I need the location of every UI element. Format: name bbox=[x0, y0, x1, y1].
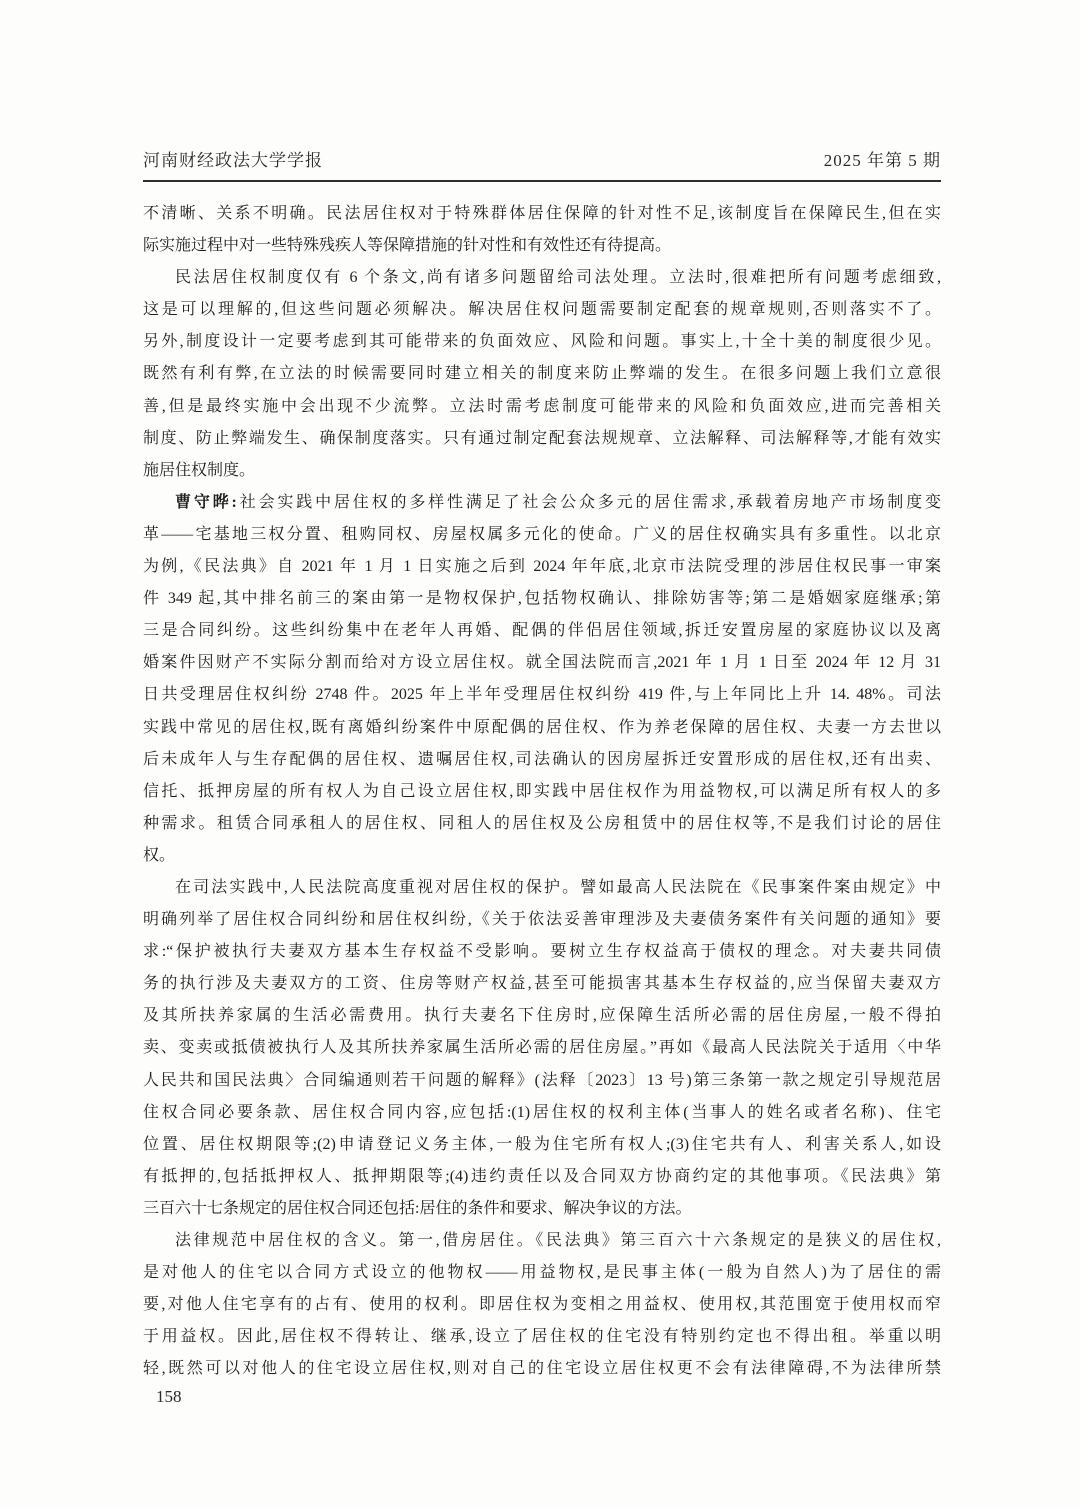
article-body: 不清晰、关系不明确。民法居住权对于特殊群体居住保障的针对性不足,该制度旨在保障民… bbox=[143, 198, 941, 1385]
text-line: 施居住权制度。 bbox=[143, 455, 941, 487]
text-line: 件 349 起,其中排名前三的案由第一是物权保护,包括物权确认、排除妨害等;第二… bbox=[143, 583, 941, 615]
text-line: 权。 bbox=[143, 840, 941, 872]
paragraph: 民法居住权制度仅有 6 个条文,尚有诸多问题留给司法处理。立法时,很难把所有问题… bbox=[143, 262, 941, 487]
text-line: 及其所扶养家属的生活必需费用。执行夫妻名下住房时,应保障生活所必需的居住房屋,一… bbox=[143, 1000, 941, 1032]
text-line: 明确列举了居住权合同纠纷和居住权纠纷,《关于依法妥善审理涉及夫妻债务案件有关问题… bbox=[143, 904, 941, 936]
paragraph: 在司法实践中,人民法院高度重视对居住权的保护。譬如最高人民法院在《民事案件案由规… bbox=[143, 872, 941, 1225]
text-line: 人民共和国民法典〉合同编通则若干问题的解释》(法释〔2023〕13 号)第三条第… bbox=[143, 1065, 941, 1097]
text-line: 轻,既然可以对他人的住宅设立居住权,则对自己的住宅设立居住权更不会有法律障碍,不… bbox=[143, 1353, 941, 1385]
speaker-name: 曹守晔: bbox=[175, 494, 237, 511]
text-line: 为例,《民法典》自 2021 年 1 月 1 日实施之后到 2024 年年底,北… bbox=[143, 551, 941, 583]
text-line: 革——宅基地三权分置、租购同权、房屋权属多元化的使命。广义的居住权确实具有多重性… bbox=[143, 519, 941, 551]
page-number: 158 bbox=[156, 1387, 182, 1406]
issue-label: 2025 年第 5 期 bbox=[824, 146, 941, 171]
text-line: 于用益权。因此,居住权不得转让、继承,设立了居住权的住宅没有特别约定也不得出租。… bbox=[143, 1321, 941, 1353]
text-line: 日共受理居住权纠纷 2748 件。2025 年上半年受理居住权纠纷 419 件,… bbox=[143, 679, 941, 711]
text-line: 三是合同纠纷。这些纠纷集中在老年人再婚、配偶的伴侣居住领域,拆迁安置房屋的家庭协… bbox=[143, 615, 941, 647]
text-line: 际实施过程中对一些特殊残疾人等保障措施的针对性和有效性还有待提高。 bbox=[143, 230, 941, 262]
page-footer: 158 bbox=[156, 1387, 182, 1407]
text-line: 后未成年人与生存配偶的居住权、遗嘱居住权,司法确认的因房屋拆迁安置形成的居住权,… bbox=[143, 744, 941, 776]
header-rule bbox=[143, 180, 941, 182]
text-line: 信托、抵押房屋的所有权人为自己设立居住权,即实践中居住权作为用益物权,可以满足所… bbox=[143, 776, 941, 808]
text-line: 三百六十七条规定的居住权合同还包括:居住的条件和要求、解决争议的方法。 bbox=[143, 1193, 941, 1225]
journal-name: 河南财经政法大学学报 bbox=[143, 146, 323, 171]
text-line: 善,但是最终实施中会出现不少流弊。立法时需考虑制度可能带来的风险和负面效应,进而… bbox=[143, 391, 941, 423]
paragraph: 不清晰、关系不明确。民法居住权对于特殊群体居住保障的针对性不足,该制度旨在保障民… bbox=[143, 198, 941, 262]
text-line: 种需求。租赁合同承租人的居住权、同租人的居住权及公房租赁中的居住权等,不是我们讨… bbox=[143, 808, 941, 840]
text-line: 卖、变卖或抵债被执行人及其所扶养家属生活所必需的居住房屋。”再如《最高人民法院关… bbox=[143, 1032, 941, 1064]
text-line: 要,对他人住宅享有的占有、使用的权利。即居住权为变相之用益权、使用权,其范围宽于… bbox=[143, 1289, 941, 1321]
text-line: 务的执行涉及夫妻双方的工资、住房等财产权益,甚至可能损害其基本生存权益的,应当保… bbox=[143, 968, 941, 1000]
paragraph: 曹守晔:社会实践中居住权的多样性满足了社会公众多元的居住需求,承载着房地产市场制… bbox=[143, 487, 941, 872]
text-line: 既然有利有弊,在立法的时候需要同时建立相关的制度来防止弊端的发生。在很多问题上我… bbox=[143, 358, 941, 390]
text-line: 不清晰、关系不明确。民法居住权对于特殊群体居住保障的针对性不足,该制度旨在保障民… bbox=[143, 198, 941, 230]
text-line: 制度、防止弊端发生、确保制度落实。只有通过制定配套法规规章、立法解释、司法解释等… bbox=[143, 423, 941, 455]
text-line: 曹守晔:社会实践中居住权的多样性满足了社会公众多元的居住需求,承载着房地产市场制… bbox=[143, 487, 941, 519]
text-line: 位置、居住权期限等;(2)申请登记义务主体,一般为住宅所有权人;(3)住宅共有人… bbox=[143, 1129, 941, 1161]
page-header: 河南财经政法大学学报 2025 年第 5 期 bbox=[143, 146, 941, 171]
text-line: 民法居住权制度仅有 6 个条文,尚有诸多问题留给司法处理。立法时,很难把所有问题… bbox=[143, 262, 941, 294]
text-line: 求:“保护被执行夫妻双方基本生存权益不受影响。要树立生存权益高于债权的理念。对夫… bbox=[143, 936, 941, 968]
text-line: 有抵押的,包括抵押权人、抵押期限等;(4)违约责任以及合同双方协商约定的其他事项… bbox=[143, 1161, 941, 1193]
paragraph: 法律规范中居住权的含义。第一,借房居住。《民法典》第三百六十六条规定的是狭义的居… bbox=[143, 1225, 941, 1385]
text-line: 是对他人的住宅以合同方式设立的他物权——用益物权,是民事主体(一般为自然人)为了… bbox=[143, 1257, 941, 1289]
text-line: 实践中常见的居住权,既有离婚纠纷案件中原配偶的居住权、作为养老保障的居住权、夫妻… bbox=[143, 712, 941, 744]
text-line: 另外,制度设计一定要考虑到其可能带来的负面效应、风险和问题。事实上,十全十美的制… bbox=[143, 326, 941, 358]
text-line: 住权合同必要条款、居住权合同内容,应包括:(1)居住权的权利主体(当事人的姓名或… bbox=[143, 1097, 941, 1129]
text-line: 婚案件因财产不实际分割而给对方设立居住权。就全国法院而言,2021 年 1 月 … bbox=[143, 647, 941, 679]
text-line: 这是可以理解的,但这些问题必须解决。解决居住权问题需要制定配套的规章规则,否则落… bbox=[143, 294, 941, 326]
text-line: 在司法实践中,人民法院高度重视对居住权的保护。譬如最高人民法院在《民事案件案由规… bbox=[143, 872, 941, 904]
text-line: 法律规范中居住权的含义。第一,借房居住。《民法典》第三百六十六条规定的是狭义的居… bbox=[143, 1225, 941, 1257]
journal-page: 河南财经政法大学学报 2025 年第 5 期 不清晰、关系不明确。民法居住权对于… bbox=[0, 0, 1080, 1508]
